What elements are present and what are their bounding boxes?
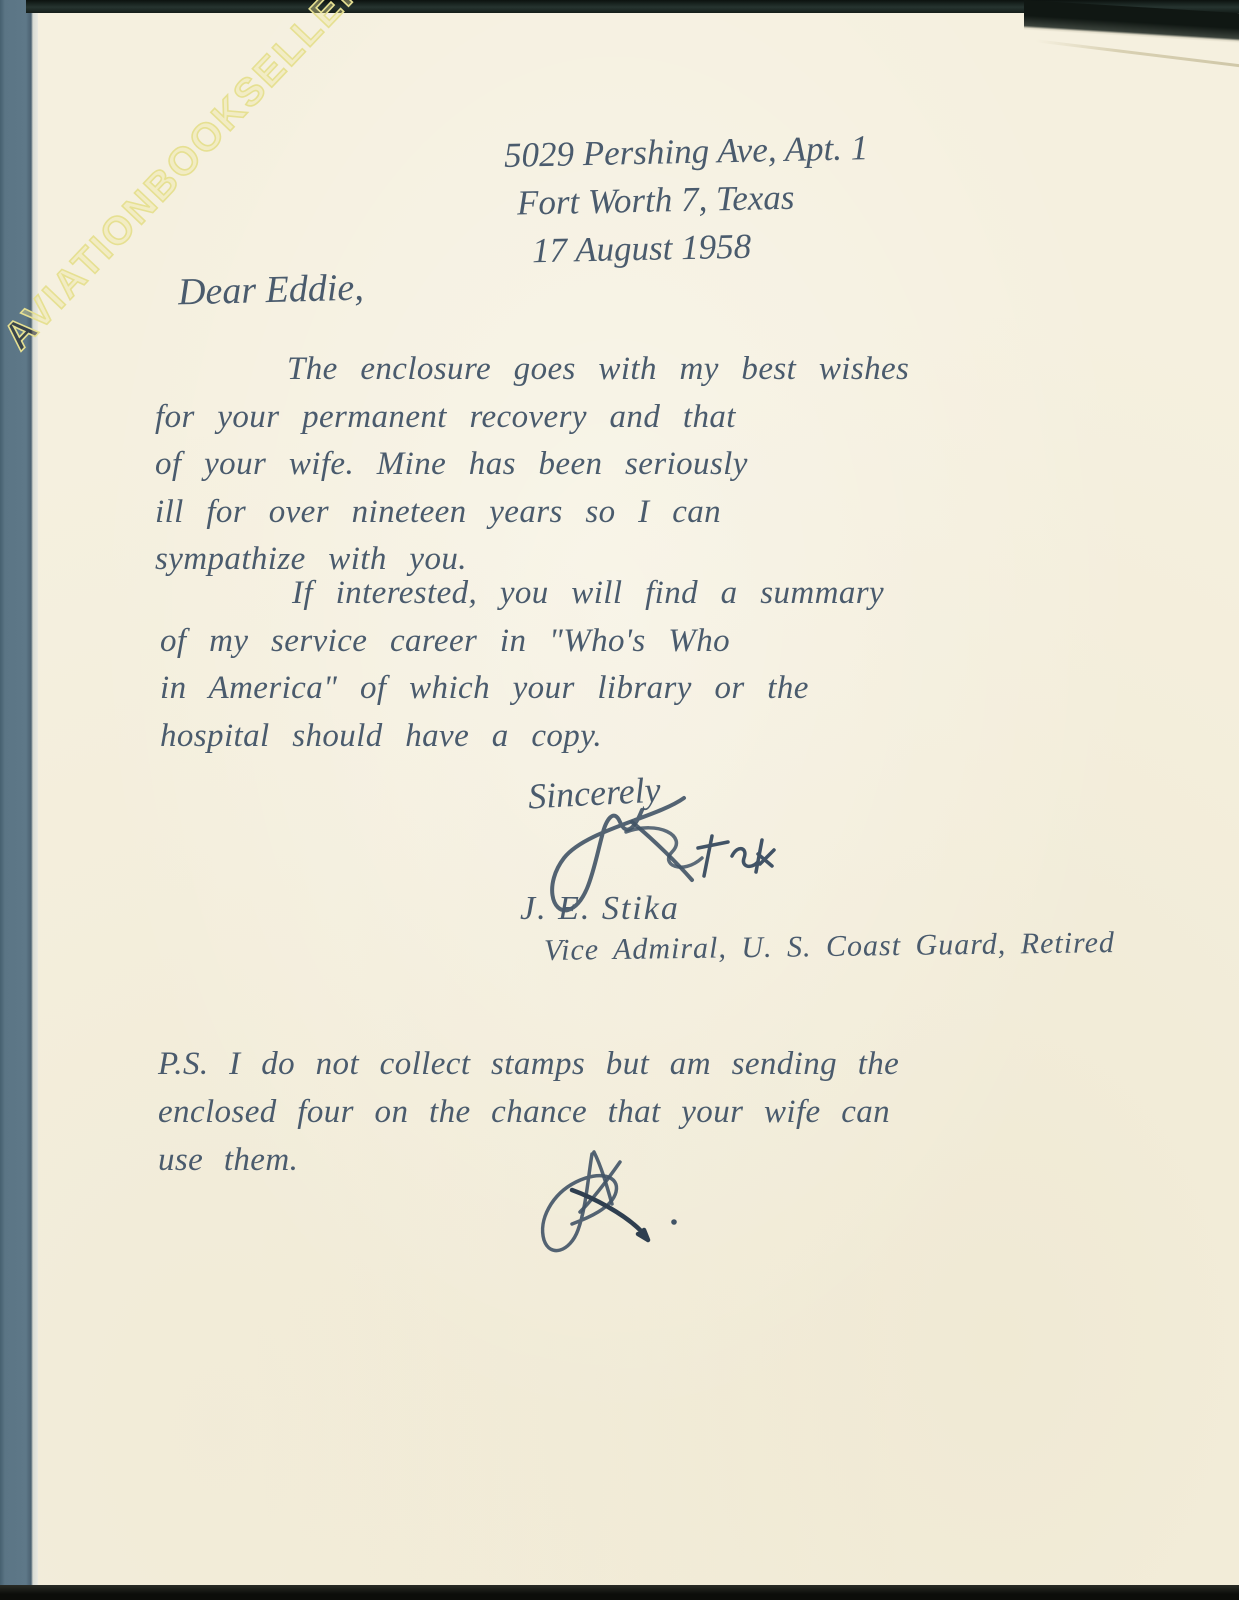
address-line: 5029 Pershing Ave, Apt. 1 [504,124,869,180]
ps-line: P.S. I do not collect stamps but am send… [158,1040,899,1088]
body-line: hospital should have a copy. [160,713,884,761]
scan-edge-bottom [0,1585,1239,1600]
address-line: Fort Worth 7, Texas [505,172,870,228]
sender-address-block: 5029 Pershing Ave, Apt. 1 Fort Worth 7, … [504,124,871,276]
letter-date: 17 August 1958 [506,220,871,276]
left-binding-mat [0,0,38,1585]
body-line: If interested, you will find a summary [160,570,884,618]
scanned-letter-page: AVIATIONBOOKSELLER 5029 Pershing Ave, Ap… [0,0,1239,1600]
body-line: of your wife. Mine has been seriously [155,441,909,489]
body-line: for your permanent recovery and that [155,394,909,442]
ps-initials-scribble [528,1138,708,1263]
body-line: of my service career in "Who's Who [160,618,884,666]
body-line: ill for over nineteen years so I can [155,489,909,537]
body-line: The enclosure goes with my best wishes [155,346,909,394]
body-paragraph-1: The enclosure goes with my best wishes f… [155,346,909,584]
salutation: Dear Eddie, [177,266,364,315]
ps-line: enclosed four on the chance that your wi… [158,1088,899,1136]
body-line: in America" of which your library or the [160,665,884,713]
signature-printed-name: J. E. Stika [520,890,680,928]
body-paragraph-2: If interested, you will find a summary o… [160,570,884,760]
